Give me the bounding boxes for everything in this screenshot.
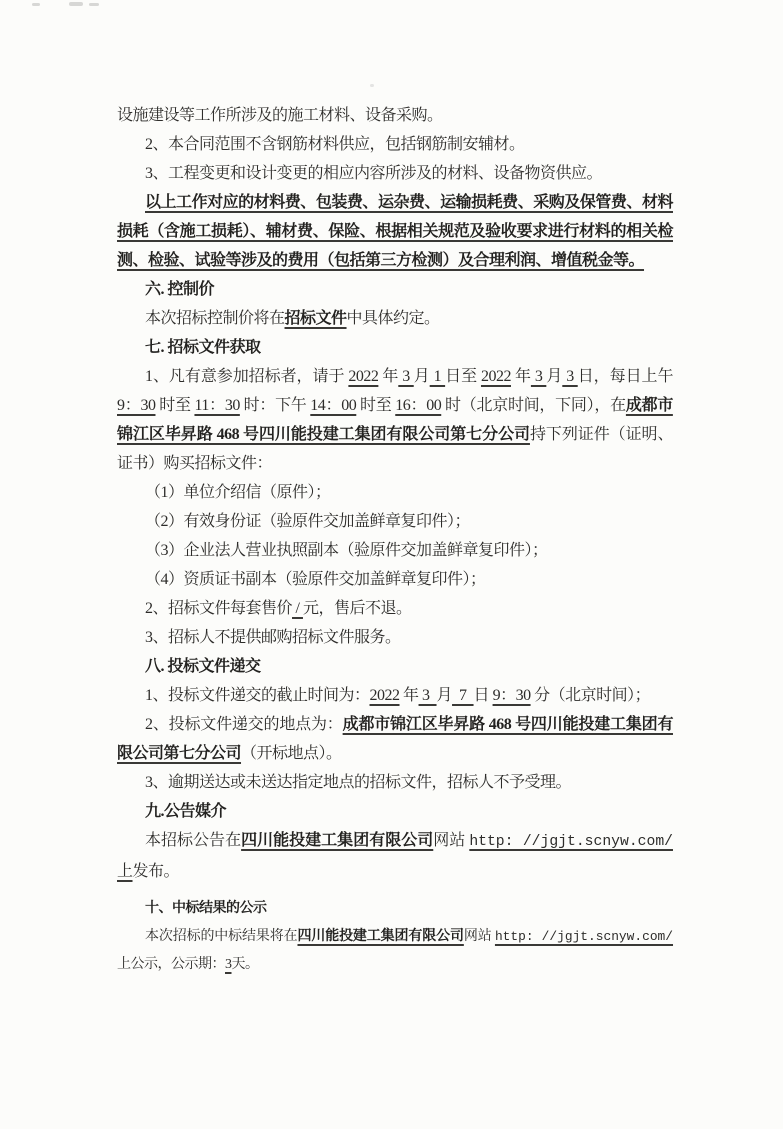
- paragraph: 2、投标文件递交的地点为：成都市锦江区毕昇路 468 号四川能投建工集团有限公司…: [117, 710, 673, 768]
- text-run: 网站: [433, 832, 469, 849]
- section-heading: 十、中标结果的公示: [117, 895, 673, 923]
- text-run: 中具体约定。: [347, 310, 440, 327]
- paragraph: 本招标公告在四川能投建工集团有限公司网站 http: //jgjt.scnyw.…: [117, 826, 673, 886]
- url-text-run: http: //jgjt.scnyw.com/: [495, 929, 673, 944]
- text-run: 月: [414, 368, 430, 385]
- text-run: 十、中标结果的公示: [145, 901, 267, 916]
- paragraph: 1、投标文件递交的截止时间为：2022 年 3 月 7 日 9：30 分（北京时…: [117, 681, 673, 710]
- text-run: 四川能投建工集团有限公司: [297, 929, 463, 944]
- text-run: 月: [437, 687, 453, 704]
- text-run: 时至: [356, 397, 395, 414]
- text-run: 3、招标人不提供邮购招标文件服务。: [145, 629, 401, 646]
- text-run: 九.公告媒介: [145, 803, 226, 820]
- text-run: 上: [117, 863, 133, 880]
- paragraph: 以上工作对应的材料费、包装费、运杂费、运输损耗费、采购及保管费、材料损耗（含施工…: [117, 188, 673, 275]
- text-run: 2、招标文件每套售价: [145, 600, 292, 617]
- text-run: 日至: [445, 368, 481, 385]
- paragraph: 本次招标的中标结果将在四川能投建工集团有限公司网站 http: //jgjt.s…: [117, 923, 673, 979]
- section-heading: 七. 招标文件获取: [117, 333, 673, 362]
- text-run: 2022: [481, 368, 511, 385]
- section-heading: 八. 投标文件递交: [117, 652, 673, 681]
- text-run: 本次招标的中标结果将在: [145, 929, 297, 944]
- text-run: 时至: [155, 397, 194, 414]
- text-run: 上公示，公示期：: [117, 957, 225, 972]
- text-run: 2、本合同范围不含钢筋材料供应，包括钢筋制安辅材。: [145, 136, 525, 153]
- text-run: 日，每日上午: [578, 368, 677, 385]
- paragraph: （2）有效身份证（验原件交加盖鲜章复印件）；: [117, 507, 673, 536]
- text-run: 时（北京时间，下同），在: [441, 397, 626, 414]
- text-run: 2022: [348, 368, 378, 385]
- text-run: 网站: [464, 929, 495, 944]
- text-run: 年: [378, 368, 398, 385]
- text-run: 3: [531, 368, 546, 385]
- paragraph: 1、凡有意参加招标者，请于 2022 年 3 月 1 日至 2022 年 3 月…: [117, 362, 673, 478]
- text-run: 设施建设等工作所涉及的施工材料、设备采购。: [117, 107, 443, 124]
- text-run: 六. 控制价: [145, 281, 214, 298]
- text-run: 招标文件: [285, 310, 347, 327]
- section-heading: 九.公告媒介: [117, 797, 673, 826]
- text-run: 天。: [232, 957, 259, 972]
- text-run: 本次招标控制价将在: [145, 310, 285, 327]
- text-run: 本招标公告在: [145, 832, 241, 849]
- text-run: 日: [474, 687, 493, 704]
- text-run: 1、投标文件递交的截止时间为：: [145, 687, 370, 704]
- text-run: （开标地点）。: [241, 745, 342, 762]
- text-run: 3: [419, 687, 437, 704]
- text-run: 分（北京时间）；: [531, 687, 651, 704]
- text-run: 11：30: [194, 397, 239, 414]
- text-run: （3）企业法人营业执照副本（验原件交加盖鲜章复印件）；: [145, 542, 548, 559]
- paragraph: （3）企业法人营业执照副本（验原件交加盖鲜章复印件）；: [117, 536, 673, 565]
- section-heading: 六. 控制价: [117, 275, 673, 304]
- paragraph: 2、招标文件每套售价 / 元，售后不退。: [117, 594, 673, 623]
- document-page: 设施建设等工作所涉及的施工材料、设备采购。2、本合同范围不含钢筋材料供应，包括钢…: [0, 0, 783, 1129]
- text-run: 9：30: [493, 687, 531, 704]
- paragraph: （4）资质证书副本（验原件交加盖鲜章复印件）；: [117, 565, 673, 594]
- url-text-run: http: //jgjt.scnyw.com/: [469, 834, 673, 850]
- text-run: （2）有效身份证（验原件交加盖鲜章复印件）；: [145, 513, 470, 530]
- text-run: 14：00: [310, 397, 356, 414]
- text-run: （4）资质证书副本（验原件交加盖鲜章复印件）；: [145, 571, 486, 588]
- text-run: /: [292, 600, 303, 617]
- scan-artifact: [370, 84, 374, 87]
- text-run: 1: [430, 368, 445, 385]
- text-run: 发布。: [133, 863, 180, 880]
- paragraph: （1）单位介绍信（原件）；: [117, 478, 673, 507]
- text-run: 年: [400, 687, 419, 704]
- text-run: （1）单位介绍信（原件）；: [145, 484, 331, 501]
- paragraph: 2、本合同范围不含钢筋材料供应，包括钢筋制安辅材。: [117, 130, 673, 159]
- text-run: 七. 招标文件获取: [145, 339, 261, 356]
- scan-artifact: [32, 3, 40, 6]
- paragraph: 3、工程变更和设计变更的相应内容所涉及的材料、设备物资供应。: [117, 159, 673, 188]
- paragraph: 设施建设等工作所涉及的施工材料、设备采购。: [117, 101, 673, 130]
- text-run: 时：下午: [240, 397, 310, 414]
- text-run: 以上工作对应的材料费、包装费、运杂费、运输损耗费、采购及保管费、材料损耗（含施工…: [117, 194, 673, 269]
- text-run: 3、逾期送达或未送达指定地点的招标文件，招标人不予受理。: [145, 774, 571, 791]
- text-run: 3、工程变更和设计变更的相应内容所涉及的材料、设备物资供应。: [145, 165, 602, 182]
- text-run: 月: [546, 368, 562, 385]
- document-body: 设施建设等工作所涉及的施工材料、设备采购。2、本合同范围不含钢筋材料供应，包括钢…: [117, 101, 673, 979]
- text-run: 年: [511, 368, 531, 385]
- text-run: 9：30: [117, 397, 155, 414]
- paragraph: 3、逾期送达或未送达指定地点的招标文件，招标人不予受理。: [117, 768, 673, 797]
- text-run: 2、投标文件递交的地点为：: [145, 716, 343, 733]
- paragraph: 3、招标人不提供邮购招标文件服务。: [117, 623, 673, 652]
- paragraph: 本次招标控制价将在招标文件中具体约定。: [117, 304, 673, 333]
- text-run: 元，售后不退。: [303, 600, 412, 617]
- text-run: 四川能投建工集团有限公司: [241, 832, 433, 849]
- text-run: 16：00: [395, 397, 441, 414]
- text-run: 2022: [370, 687, 400, 704]
- text-run: 1、凡有意参加招标者，请于: [145, 368, 348, 385]
- text-run: 八. 投标文件递交: [145, 658, 261, 675]
- text-run: 7: [452, 687, 474, 704]
- scan-artifact: [69, 2, 83, 6]
- text-run: 3: [398, 368, 413, 385]
- text-run: 3: [562, 368, 577, 385]
- scan-artifact: [89, 3, 99, 6]
